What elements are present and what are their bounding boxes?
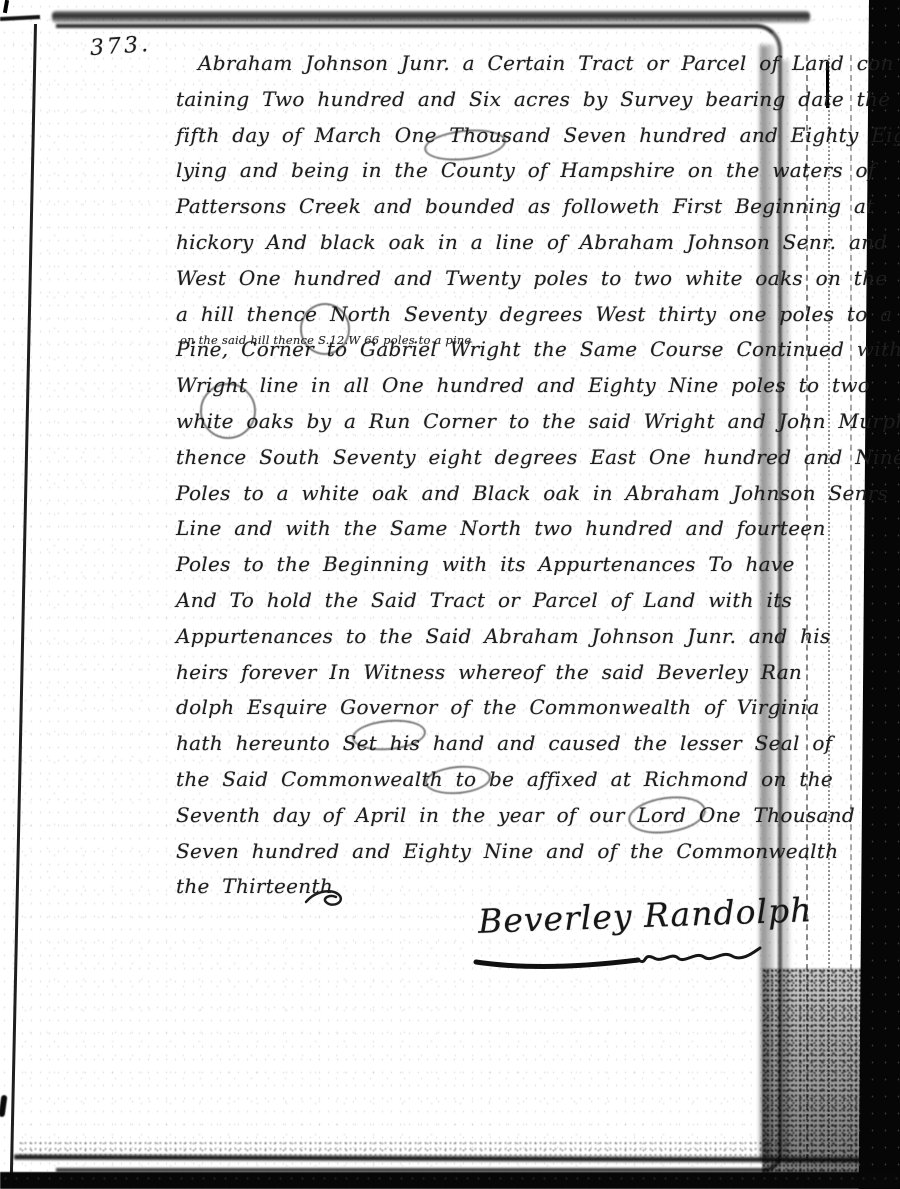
handwritten-line-15: Poles to the Beginning with its Appurten… <box>176 547 790 583</box>
handwritten-line-14: Line and with the Same North two hundred… <box>176 511 790 547</box>
handwritten-line-11: white oaks by a Run Corner to the said W… <box>176 404 790 440</box>
handwritten-line-16: And To hold the Said Tract or Parcel of … <box>176 583 790 619</box>
handwritten-line-6: hickory And black oak in a line of Abrah… <box>176 225 790 261</box>
handwritten-line-8: a hill thence North Seventy degrees West… <box>176 297 790 333</box>
left-margin-ink-mark <box>0 1095 8 1118</box>
handwritten-line-12: thence South Seventy eight degrees East … <box>176 440 790 476</box>
top-edge-smudge <box>52 11 810 23</box>
handwritten-line-17: Appurtenances to the Said Abraham Johnso… <box>176 619 790 655</box>
handwritten-line-1: Abraham Johnson Junr. a Certain Tract or… <box>176 46 790 82</box>
left-page-edge-line <box>10 24 37 1174</box>
handwritten-line-18: heirs forever In Witness whereof the sai… <box>176 655 790 691</box>
handwritten-line-4: lying and being in the County of Hampshi… <box>176 153 790 189</box>
handwritten-line-7: West One hundred and Twenty poles to two… <box>176 261 790 297</box>
handwritten-line-19: dolph Esquire Governor of the Commonweal… <box>176 690 790 726</box>
signature-flourish <box>470 938 770 980</box>
page-number: 373. <box>89 32 152 61</box>
circled-word-oval-wright <box>200 383 256 439</box>
scanned-deed-page: 373. Abraham Johnson Junr. a Certain Tra… <box>0 0 900 1189</box>
handwritten-line-5: Pattersons Creek and bounded as followet… <box>176 189 790 225</box>
top-left-dash-mark <box>0 15 40 21</box>
end-of-text-flourish <box>302 886 354 912</box>
handwritten-line-23: Seven hundred and Eighty Nine and of the… <box>176 834 790 870</box>
handwritten-line-13: Poles to a white oak and Black oak in Ab… <box>176 476 790 512</box>
top-left-tick-mark <box>3 0 9 13</box>
handwritten-line-2: taining Two hundred and Six acres by Sur… <box>176 82 790 118</box>
handwritten-line-20: hath hereunto Set his hand and caused th… <box>176 726 790 762</box>
bottom-scanner-black-strip <box>0 1172 900 1189</box>
handwritten-line-10: Wright line in all One hundred and Eight… <box>176 368 790 404</box>
circled-word-oval-thence <box>300 303 350 355</box>
